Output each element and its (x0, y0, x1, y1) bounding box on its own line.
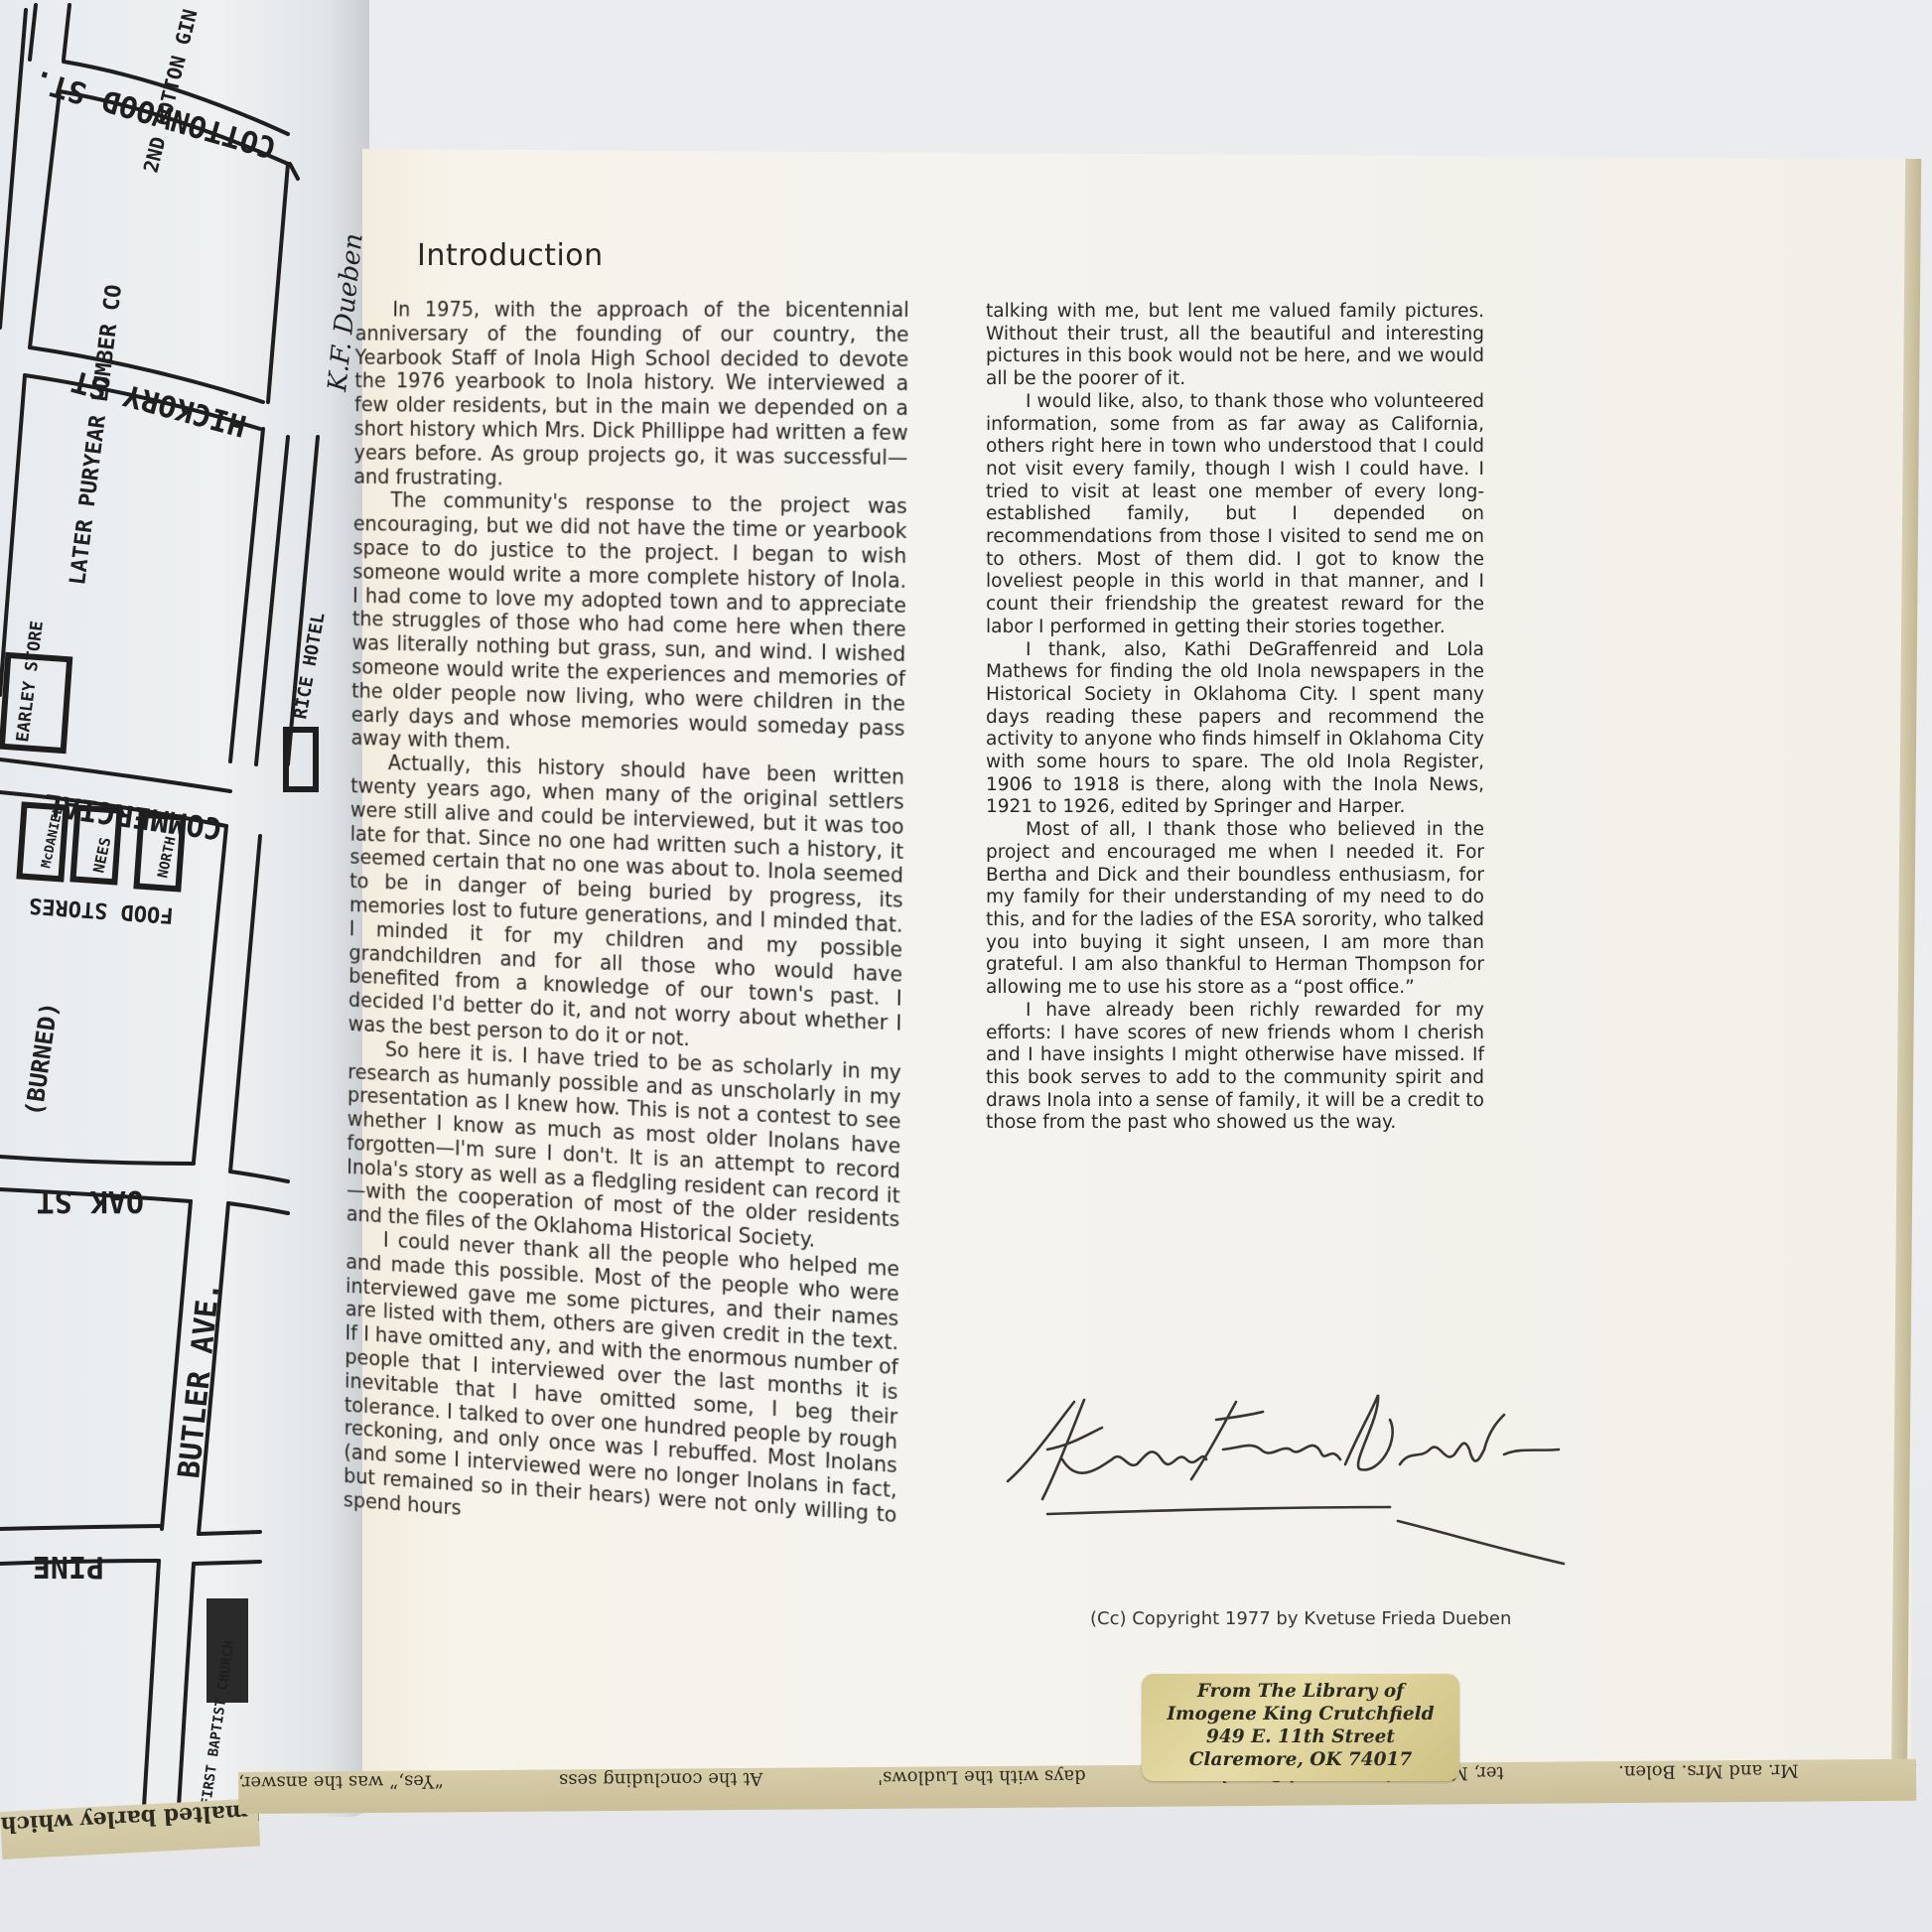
newspaper-text: days with the Ludlows' (878, 1765, 1086, 1798)
author-signature: Kvetuse Frieda Dueben (1003, 1390, 1638, 1588)
paragraph: So here it is. I have tried to be as sch… (346, 1035, 901, 1257)
street-pine: PINE (33, 1549, 104, 1584)
paragraph: The community's response to the project … (351, 488, 907, 765)
paragraph: I could never thank all the people who h… (344, 1226, 899, 1553)
label-first-baptist-church: FIRST BAPTIST CHURCH (199, 1639, 237, 1807)
library-bookplate-label: From The Library of Imogene King Crutchf… (1142, 1674, 1459, 1781)
newspaper-text: J H Adams and family. (1914, 1759, 1917, 1790)
paragraph: Actually, this history should have been … (348, 751, 904, 1061)
left-page-map: COTTONWOOD ST. HICKORY ST COMMERCIAL OAK… (0, 0, 369, 1817)
hand-drawn-street-map: COTTONWOOD ST. HICKORY ST COMMERCIAL OAK… (0, 0, 369, 1817)
label-cotton-gin: 2ND COTTON GIN (139, 7, 203, 175)
page-title: Introduction (417, 238, 604, 273)
newspaper-text: At the concluding sess (559, 1768, 763, 1801)
newspaper-text: Mr. and Mrs. Bolen. (1618, 1760, 1799, 1792)
text-column-right: talking with me, but lent me valued fami… (986, 301, 1484, 1135)
label-line: Imogene King Crutchfield (1142, 1703, 1459, 1725)
label-north: NORTH (155, 835, 179, 880)
label-earley-store: EARLEY STORE (13, 620, 48, 743)
paragraph: I would like, also, to thank those who v… (986, 391, 1484, 639)
label-line: Claremore, OK 74017 (1142, 1748, 1459, 1771)
copyright-notice: (Cc) Copyright 1977 by Kvetuse Frieda Du… (1090, 1608, 1511, 1629)
paragraph: In 1975, with the approach of the bicent… (353, 298, 909, 494)
street-commercial: COMMERCIAL (42, 786, 224, 846)
street-oak: OAK ST (37, 1183, 144, 1218)
label-line: From The Library of (1142, 1680, 1459, 1703)
paragraph: talking with me, but lent me valued fami… (986, 301, 1484, 391)
label-line: 949 E. 11th Street (1142, 1725, 1459, 1748)
paragraph: I have already been richly rewarded for … (986, 1000, 1484, 1135)
paragraph: I thank, also, Kathi DeGraffenreid and L… (986, 639, 1484, 820)
newspaper-text: “Yes,” was the answer, (238, 1770, 444, 1803)
label-puryear-lumber: LATER PURYEAR LUMBER CO (66, 283, 127, 586)
label-food-stores: FOOD STORES (28, 893, 174, 927)
label-burned: (BURNED) (20, 1000, 64, 1117)
label-nees: NEES (89, 836, 114, 875)
text-column-left: In 1975, with the approach of the bicent… (344, 298, 909, 1553)
paragraph: Most of all, I thank those who believed … (986, 819, 1484, 1000)
